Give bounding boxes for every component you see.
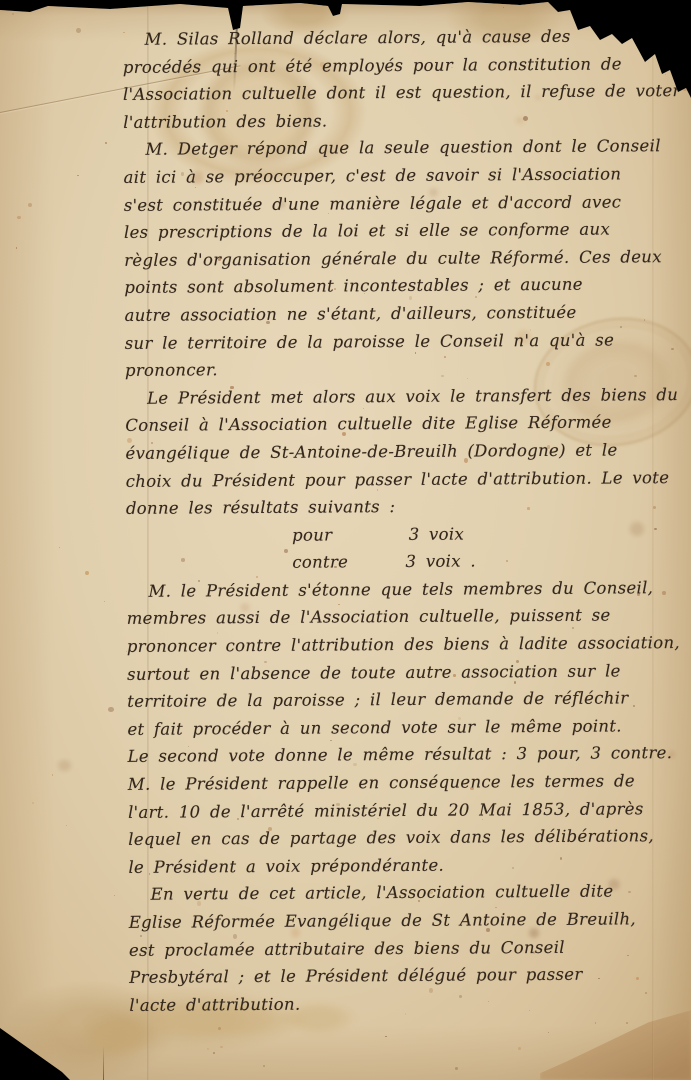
handwritten-line: territoire de la paroisse ; il leur dema… [127, 684, 672, 715]
foxing-spot [59, 547, 61, 549]
handwritten-line: l'art. 10 de l'arrêté ministériel du 20 … [128, 795, 673, 826]
handwritten-line: s'est constituée d'une manière légale et… [124, 188, 669, 219]
handwritten-line: donne les résultats suivants : [126, 491, 671, 522]
handwritten-line: l'acte d'attribution. [129, 988, 674, 1019]
handwritten-line: l'attribution des biens. [123, 105, 668, 136]
handwritten-line: Eglise Réformée Evangélique de St Antoin… [129, 905, 674, 936]
foxing-spot [114, 895, 115, 896]
handwritten-line: sur le territoire de la paroisse le Cons… [125, 326, 670, 357]
foxing-spot [683, 87, 687, 92]
handwritten-line: Conseil à l'Association cultuelle dite E… [125, 408, 670, 439]
handwritten-line: M. Detger répond que la seule question d… [123, 132, 668, 163]
foxing-spot [28, 203, 32, 207]
foxing-spot [626, 1022, 628, 1024]
handwritten-line: M. Silas Rolland déclare alors, qu'à cau… [123, 22, 668, 53]
foxing-spot [12, 13, 14, 15]
foxing-spot [32, 802, 34, 804]
handwritten-line: Le second vote donne le même résultat : … [128, 740, 673, 771]
manuscript-page: M. Silas Rolland déclare alors, qu'à cau… [0, 0, 691, 1080]
handwritten-line: lequel en cas de partage des voix dans l… [128, 822, 673, 853]
handwritten-line: M. le Président rappelle en conséquence … [128, 767, 673, 798]
handwritten-line: choix du Président pour passer l'acte d'… [126, 464, 671, 495]
handwritten-line: est proclamée attributaire des biens du … [129, 933, 674, 964]
handwritten-line: contre 3 voix . [126, 546, 671, 577]
foxing-spot [58, 760, 71, 772]
handwritten-line: points sont absolument incontestables ; … [124, 270, 669, 301]
scanned-manuscript-screenshot: { "document": { "kind": "handwritten-min… [0, 0, 691, 1080]
handwritten-line: pour 3 voix [126, 519, 671, 550]
handwritten-line: membres aussi de l'Association cultuelle… [127, 602, 672, 633]
handwritten-line: autre association ne s'étant, d'ailleurs… [124, 298, 669, 329]
foxing-spot [122, 261, 124, 263]
foxing-spot [548, 1032, 550, 1034]
handwritten-line: Le Président met alors aux voix le trans… [125, 381, 670, 412]
handwritten-line: En vertu de cet article, l'Association c… [129, 877, 674, 908]
handwritten-line: surtout en l'absence de toute autre asso… [127, 657, 672, 688]
foxing-spot [108, 707, 113, 712]
foxing-spot [104, 601, 105, 602]
foxing-spot [76, 28, 80, 33]
handwritten-text-block: M. Silas Rolland déclare alors, qu'à cau… [123, 22, 675, 1019]
handwritten-line: prononcer. [125, 353, 670, 384]
foxing-spot [105, 142, 107, 143]
foxing-spot [503, 7, 504, 8]
handwritten-line: le Président a voix prépondérante. [128, 850, 673, 881]
foxing-spot [213, 1052, 215, 1054]
handwritten-line: l'Association cultuelle dont il est ques… [123, 77, 668, 108]
handwritten-line: Presbytéral ; et le Président délégué po… [129, 960, 674, 991]
foxing-spot [77, 175, 78, 176]
foxing-spot [218, 1027, 221, 1030]
handwritten-line: procédés qui ont été employés pour la co… [123, 50, 668, 81]
foxing-spot [455, 1067, 458, 1071]
foxing-spot [263, 1065, 265, 1067]
handwritten-line: règles d'organisation générale du culte … [124, 243, 669, 274]
foxing-spot [518, 1047, 521, 1050]
foxing-spot [85, 571, 89, 575]
foxing-spot [16, 247, 18, 249]
foxing-spot [595, 1022, 596, 1024]
foxing-spot [66, 825, 67, 826]
handwritten-line: évangélique de St-Antoine-de-Breuilh (Do… [125, 436, 670, 467]
handwritten-line: M. le Président s'étonne que tels membre… [126, 574, 671, 605]
foxing-spot [17, 216, 21, 220]
paper-tear-crack [103, 1046, 104, 1080]
foxing-spot [385, 1036, 387, 1038]
handwritten-line: prononcer contre l'attribution des biens… [127, 629, 672, 660]
foxing-spot [671, 348, 673, 350]
handwritten-line: ait ici à se préoccuper, c'est de savoir… [124, 160, 669, 191]
handwritten-line: et fait procéder à un second vote sur le… [127, 712, 672, 743]
foxing-spot [52, 774, 54, 776]
handwritten-line: les prescriptions de la loi et si elle s… [124, 215, 669, 246]
